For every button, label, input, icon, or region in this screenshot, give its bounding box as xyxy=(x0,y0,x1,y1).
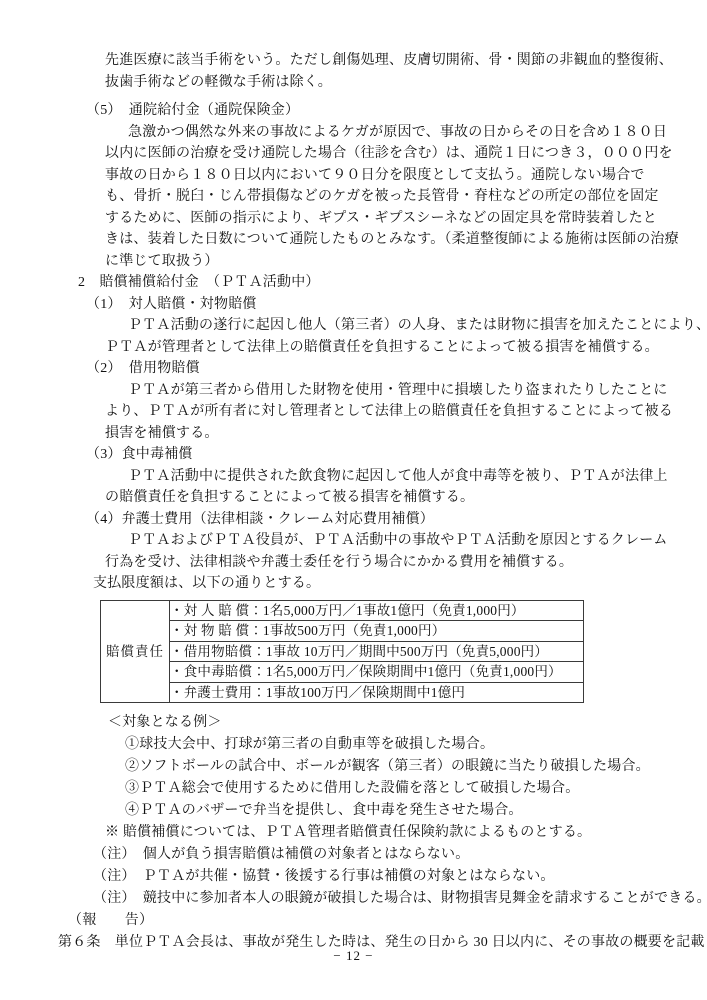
item-heading-3: （3）食中毒補償 xyxy=(58,444,677,466)
paragraph-line: より、ＰＴＡが所有者に対し管理者として法律上の賠償責任を負担することによって被る xyxy=(58,401,677,423)
paragraph-line: ＰＴＡが第三者から借用した財物を使用・管理中に損壊したり盗まれたりしたことに xyxy=(58,380,677,402)
paragraph-line: 行為を受け、法律相談や弁護士委任を行う場合にかかる費用を補償する。 xyxy=(58,552,677,574)
paragraph-line: 損害を補償する。 xyxy=(58,423,677,445)
paragraph-line: きは、装着した日数について通院したものとみなす。（柔道整復師による施術は医師の治… xyxy=(58,229,677,251)
page-number: − 12 − xyxy=(0,948,707,964)
limits-intro-line: 支払限度額は、以下の通りとする。 xyxy=(58,573,677,595)
item-heading-5: （5） 通院給付金（通院保険金） xyxy=(58,100,677,122)
example-item: ①球技大会中、打球が第三者の自動車等を破損した場合。 xyxy=(58,734,677,756)
example-item: ③ＰＴＡ総会で使用するために借用した設備を落として破損した場合。 xyxy=(58,778,677,800)
paragraph-line: ＰＴＡ活動の遂行に起因し他人（第三者）の人身、または財物に損害を加えたことにより… xyxy=(58,315,677,337)
note-line: （注） 個人が負う損害賠償は補償の対象者とはならない。 xyxy=(58,844,677,866)
item-heading-2: （2） 借用物賠償 xyxy=(58,358,677,380)
examples-heading: ＜対象となる例＞ xyxy=(58,712,677,734)
example-item: ②ソフトボールの試合中、ボールが観客（第三者）の眼鏡に当たり破損した場合。 xyxy=(58,756,677,778)
document-page: 先進医療に該当手術をいう。ただし創傷処理、皮膚切開術、骨・関節の非観血的整復術、… xyxy=(0,0,707,1000)
paragraph-line: の賠償責任を負担することによって被る損害を補償する。 xyxy=(58,487,677,509)
paragraph-line: ＰＴＡが管理者として法律上の賠償責任を負担することによって被る損害を補償する。 xyxy=(58,337,677,359)
table-row-header: 賠償責任 xyxy=(101,600,170,703)
table-cell: ・食中毒賠償：1名5,000万円／保険期間中1億円（免責1,000円） xyxy=(170,662,584,683)
paragraph-line: 抜歯手術などの軽微な手術は除く。 xyxy=(58,72,677,94)
note-asterisk-line: ※ 賠償補償については、ＰＴＡ管理者賠償責任保険約款によるものとする。 xyxy=(58,822,677,844)
paragraph-line: 以内に医師の治療を受け通院した場合（往診を含む）は、通院１日につき３，０００円を xyxy=(58,143,677,165)
item-heading-4: （4）弁護士費用（法律相談・クレーム対応費用補償） xyxy=(58,509,677,531)
table-cell: ・借用物賠償：1事故 10万円／期間中500万円（免責5,000円） xyxy=(170,641,584,662)
note-line: （注） 競技中に参加者本人の眼鏡が破損した場合は、財物損害見舞金を請求することが… xyxy=(58,888,677,910)
item-heading-1: （1） 対人賠償・対物賠償 xyxy=(58,294,677,316)
section-examples-notes: ＜対象となる例＞ ①球技大会中、打球が第三者の自動車等を破損した場合。 ②ソフト… xyxy=(58,712,677,954)
table-row: ・借用物賠償：1事故 10万円／期間中500万円（免責5,000円） xyxy=(101,641,584,662)
report-heading: （報 告） xyxy=(58,910,677,932)
note-line: （注） ＰＴＡが共催・協賛・後援する行事は補償の対象とはならない。 xyxy=(58,866,677,888)
example-item: ④ＰＴＡのバザーで弁当を提供し、食中毒を発生させた場合。 xyxy=(58,800,677,822)
table-cell: ・対 人 賠 償：1名5,000万円／1事故1億円（免責1,000円） xyxy=(170,600,584,621)
section-heading-2: 2 賠償補償給付金 （ＰＴＡ活動中） xyxy=(58,272,677,294)
paragraph-line: ＰＴＡ活動中に提供された飲食物に起因して他人が食中毒等を被り、ＰＴＡが法律上 xyxy=(58,466,677,488)
paragraph-line: 先進医療に該当手術をいう。ただし創傷処理、皮膚切開術、骨・関節の非観血的整復術、 xyxy=(58,50,677,72)
paragraph-line: に準じて取扱う） xyxy=(58,251,677,273)
paragraph-line: 急激かつ偶然な外来の事故によるケガが原因で、事故の日からその日を含め１８０日 xyxy=(58,122,677,144)
paragraph-line: ＰＴＡおよびＰＴＡ役員が、ＰＴＡ活動中の事故やＰＴＡ活動を原因とするクレーム xyxy=(58,530,677,552)
paragraph-line: するために、医師の指示により、ギプス・ギプスシーネなどの固定具を常時装着したと xyxy=(58,208,677,230)
table-cell: ・対 物 賠 償：1事故500万円（免責1,000円） xyxy=(170,621,584,642)
table-row: ・食中毒賠償：1名5,000万円／保険期間中1億円（免責1,000円） xyxy=(101,662,584,683)
table-row: ・弁護士費用：1事故100万円／保険期間中1億円 xyxy=(101,682,584,703)
section-benefits: 先進医療に該当手術をいう。ただし創傷処理、皮膚切開術、骨・関節の非観血的整復術、… xyxy=(58,50,677,595)
table-cell: ・弁護士費用：1事故100万円／保険期間中1億円 xyxy=(170,682,584,703)
paragraph-line: 事故の日から１８０日以内において９０日分を限度として支払う。通院しない場合で xyxy=(58,165,677,187)
table-row: 賠償責任 ・対 人 賠 償：1名5,000万円／1事故1億円（免責1,000円） xyxy=(101,600,584,621)
document-body: 先進医療に該当手術をいう。ただし創傷処理、皮膚切開術、骨・関節の非観血的整復術、… xyxy=(58,50,677,954)
table-row: ・対 物 賠 償：1事故500万円（免責1,000円） xyxy=(101,621,584,642)
liability-limits-table: 賠償責任 ・対 人 賠 償：1名5,000万円／1事故1億円（免責1,000円）… xyxy=(100,600,584,704)
paragraph-line: も、骨折・脱臼・じん帯損傷などのケガを被った長管骨・脊柱などの所定の部位を固定 xyxy=(58,186,677,208)
